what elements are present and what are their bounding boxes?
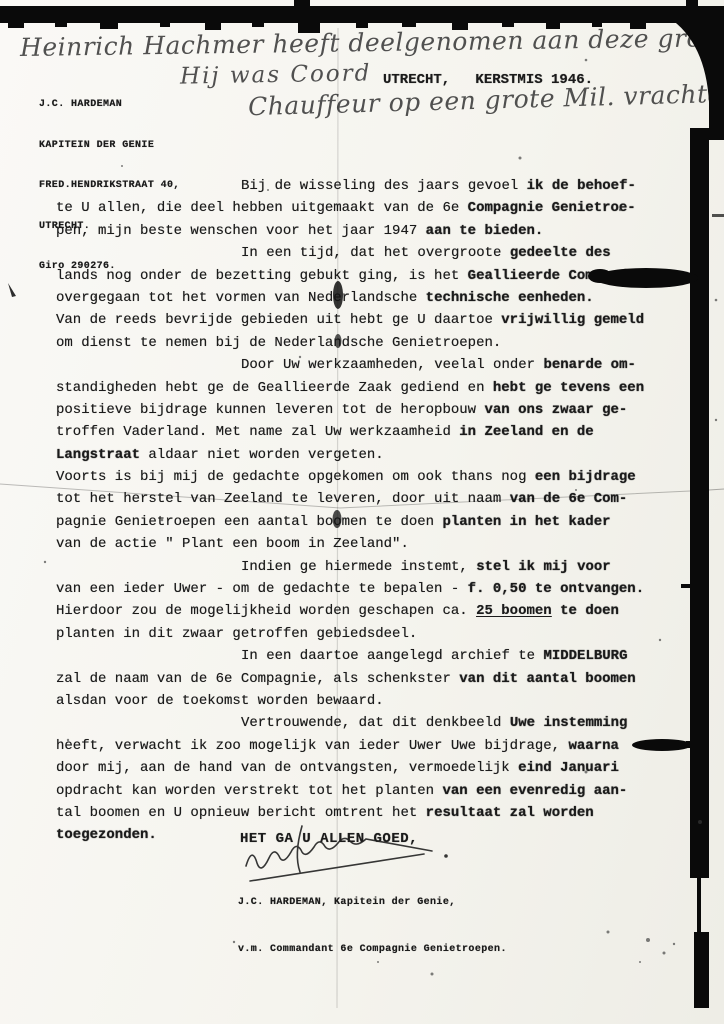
letter-line: planten in dit zwaar getroffen gebiedsde… xyxy=(56,623,662,645)
sender-name: J.C. HARDEMAN xyxy=(39,98,180,112)
letter-line: Bij de wisseling des jaars gevoel ik de … xyxy=(56,175,662,197)
signature-scribble xyxy=(236,824,476,894)
letter-line: lands nog onder de bezetting gebukt ging… xyxy=(56,265,662,287)
letter-line: Door Uw werkzaamheden, veelal onder bena… xyxy=(56,354,662,376)
letter-line: In een daartoe aangelegd archief te MIDD… xyxy=(56,645,662,667)
letter-line: tal boomen en U opnieuw bericht omtrent … xyxy=(56,802,662,824)
letter-line: te U allen, die deel hebben uitgemaakt v… xyxy=(56,197,662,219)
letter-line: overgegaan tot het vormen van Nederlands… xyxy=(56,287,662,309)
letter-line: alsdan voor de toekomst worden bewaard. xyxy=(56,690,662,712)
dateline: UTRECHT, KERSTMIS 1946. xyxy=(383,72,593,88)
signer-title-line: v.m. Commandant 6e Compagnie Genietroepe… xyxy=(238,942,507,958)
letter-line: Hierdoor zou de mogelijkheid worden gesc… xyxy=(56,600,662,622)
letter-body: Bij de wisseling des jaars gevoel ik de … xyxy=(56,175,662,847)
letter-line: van de actie " Plant een boom in Zeeland… xyxy=(56,533,662,555)
letter-line: Voorts is bij mij de gedachte opgekomen … xyxy=(56,466,662,488)
letter-line: Langstraat aldaar niet worden vergeten. xyxy=(56,444,662,466)
letter-line: In een tijd, dat het overgroote gedeelte… xyxy=(56,242,662,264)
letter-line: Van de reeds bevrijde gebieden uit hebt … xyxy=(56,309,662,331)
letter-line: van een ieder Uwer - om de gedachte te b… xyxy=(56,578,662,600)
letter-line: om dienst te nemen bij de Nederlandsche … xyxy=(56,332,662,354)
sender-rank: KAPITEIN DER GENIE xyxy=(39,139,180,153)
handwritten-note-middle: Hij was Coord xyxy=(180,60,372,89)
letter-line: heeft, verwacht ik zoo mogelijk van iede… xyxy=(56,735,662,757)
letter-line: pen, mijn beste wenschen voor het jaar 1… xyxy=(56,220,662,242)
letter-line: positieve bijdrage kunnen leveren tot de… xyxy=(56,399,662,421)
scanned-letter-page: Heinrich Hachmer heeft deelgenomen aan d… xyxy=(0,0,724,1024)
letter-line: troffen Vaderland. Met name zal Uw werkz… xyxy=(56,421,662,443)
letter-line: pagnie Genietroepen een aantal boomen te… xyxy=(56,511,662,533)
letter-line: standigheden hebt ge de Geallieerde Zaak… xyxy=(56,377,662,399)
handwritten-note-top: Heinrich Hachmer heeft deelgenomen aan d… xyxy=(20,23,724,62)
letter-line: tot het herstel van Zeeland te leveren, … xyxy=(56,488,662,510)
letter-line: Vertrouwende, dat dit denkbeeld Uwe inst… xyxy=(56,712,662,734)
letter-line: opdracht kan worden verstrekt tot het pl… xyxy=(56,780,662,802)
letter-line: door mij, aan de hand van de ontvangsten… xyxy=(56,757,662,779)
letter-line: zal de naam van de 6e Compagnie, als sch… xyxy=(56,668,662,690)
letter-line: Indien ge hiermede instemt, stel ik mij … xyxy=(56,556,662,578)
signer-name-line: J.C. HARDEMAN, Kapitein der Genie, xyxy=(238,895,507,911)
